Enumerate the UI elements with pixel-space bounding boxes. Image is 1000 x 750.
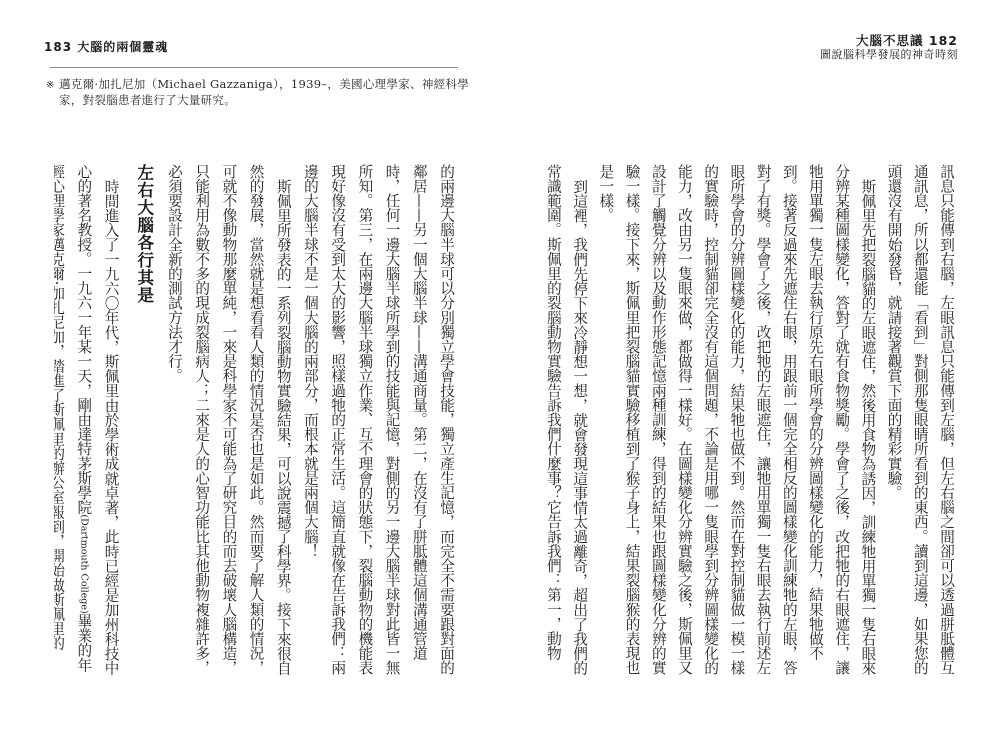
- right-page-body: 訊息只能傳到右腦，左眼訊息只能傳到左腦，但左右腦之間卻可以透過胼胝體互通訊息，所…: [541, 164, 959, 680]
- left-page-running-head: 183 大腦的兩個靈魂: [44, 38, 168, 55]
- book-spread: 183 大腦的兩個靈魂 大腦不思議 182 圖說腦科學發展的神奇時刻 ※ 邁克爾…: [0, 0, 1000, 750]
- book-subtitle: 圖說腦科學發展的神奇時刻: [820, 48, 958, 62]
- book-title-page-number: 大腦不思議 182: [820, 33, 958, 48]
- right-page-running-head: 大腦不思議 182 圖說腦科學發展的神奇時刻: [820, 33, 958, 62]
- paragraph: 斯佩里先把裂腦貓的左眼遮住，然後用食物為誘因，訓練牠用單獨一隻右眼來分辨某種圖樣…: [592, 164, 880, 680]
- paragraph: 訊息只能傳到右腦，左眼訊息只能傳到左腦，但左右腦之間卻可以透過胼胝體互通訊息，所…: [880, 164, 959, 680]
- paragraph: 斯佩里所發表的一系列裂腦動物實驗結果，可以說震撼了科學界。接下來很自然的發展，當…: [161, 164, 297, 680]
- section-heading: 左右大腦各行其是: [131, 164, 158, 680]
- paragraph: 時間進入了一九六〇年代，斯佩里由於學術成就卓著，此時已經是加州科技中心的著名教授…: [54, 164, 125, 680]
- paragraph: 的兩邊大腦半球可以分別獨立學會技能，獨立產生記憶，而完全不需要跟對面的鄰居——另…: [297, 164, 460, 680]
- footnote-marker-icon: ※: [46, 78, 55, 94]
- footnote-divider: [50, 67, 458, 68]
- footnote: ※ 邁克爾·加扎尼加（Michael Gazzaniga），1939–，美國心理…: [46, 77, 473, 108]
- left-page-body: 的兩邊大腦半球可以分別獨立學會技能，獨立產生記憶，而完全不需要跟對面的鄰居——另…: [54, 164, 460, 680]
- latin-inline-text: (Dartmouth College): [78, 514, 89, 613]
- footnote-text: 邁克爾·加扎尼加（Michael Gazzaniga），1939–，美國心理學家…: [59, 77, 469, 107]
- paragraph: 到這裡，我們先停下來冷靜想一想，就會發現這事情太過離奇，超出了我們的常識範圍。斯…: [541, 164, 592, 680]
